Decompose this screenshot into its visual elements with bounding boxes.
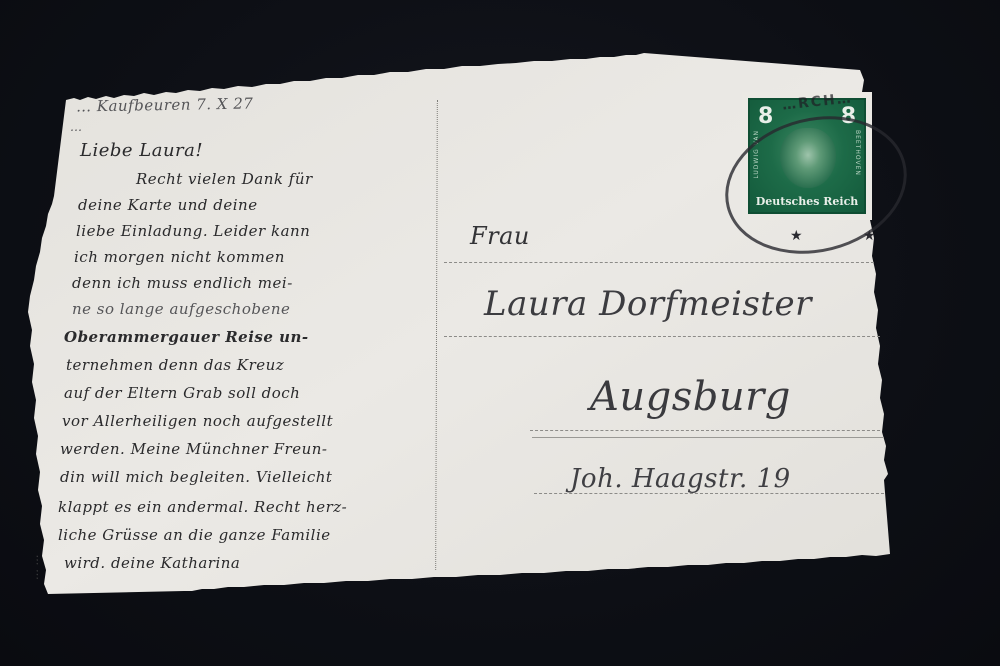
message-header-sub: … (70, 120, 83, 134)
message-line: Recht vielen Dank für (136, 170, 313, 188)
message-line: auf der Eltern Grab soll doch (64, 384, 300, 402)
message-line: liebe Einladung. Leider kann (76, 222, 310, 240)
address-line-2 (444, 336, 880, 337)
message-line: Oberammergauer Reise un- (64, 328, 309, 346)
message-line: ich morgen nicht kommen (74, 248, 285, 266)
address-line-3b (532, 437, 884, 438)
message-line: liche Grüsse an die ganze Familie (58, 526, 331, 544)
message-line: klappt es ein andermal. Recht herz- (58, 498, 347, 516)
address-line-1 (444, 262, 874, 263)
message-header-line: … Kaufbeuren 7. X 27 (76, 94, 254, 115)
address-salutation: Frau (470, 222, 530, 250)
message-line: denn ich muss endlich mei- (72, 274, 293, 292)
message-line: vor Allerheiligen noch aufgestellt (62, 412, 333, 430)
message-greeting: Liebe Laura! (80, 140, 203, 161)
postcard-photo: … Kaufbeuren 7. X 27 … Liebe Laura! Rech… (0, 0, 1000, 666)
margin-vertical-note: … … (28, 555, 41, 581)
message-line: werden. Meine Münchner Freun- (60, 440, 327, 458)
address-street: Joh. Haagstr. 19 (570, 464, 791, 494)
postmark-stars: ★ ★ (790, 228, 904, 244)
address-name: Laura Dorfmeister (484, 284, 812, 324)
message-line: deine Karte und deine (78, 196, 258, 214)
address-city: Augsburg (590, 374, 791, 420)
message-signature-line: wird. deine Katharina (64, 554, 240, 572)
message-line: ne so lange aufgeschobene (72, 300, 290, 318)
stamp-value-left: 8 (758, 104, 773, 129)
address-line-3 (530, 430, 880, 431)
message-line: din will mich begleiten. Vielleicht (60, 468, 332, 486)
message-line: ternehmen denn das Kreuz (66, 356, 284, 374)
